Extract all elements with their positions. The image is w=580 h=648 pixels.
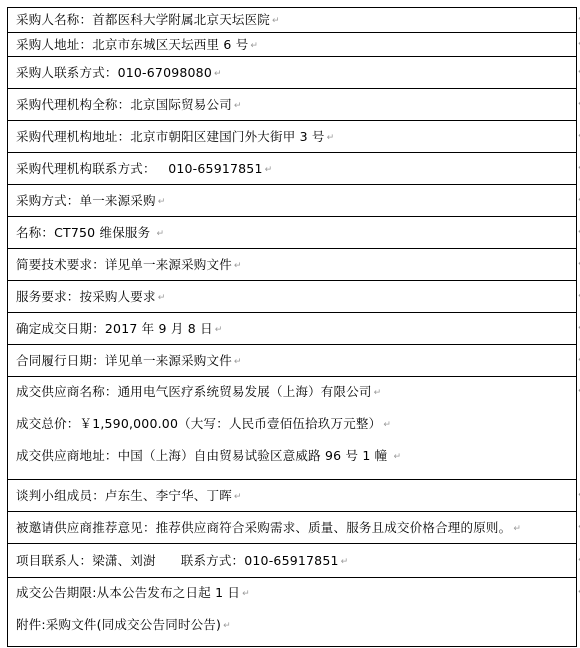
- row-text: 谈判小组成员：卢东生、李宁华、丁晖↵: [16, 488, 242, 505]
- row-text-content: 采购方式：单一来源采购: [16, 193, 156, 208]
- row-text: 成交供应商地址：中国（上海）自由贸易试验区意威路 96 号 1 幢 ↵: [16, 448, 401, 465]
- paragraph-mark-icon: ↵: [158, 197, 166, 207]
- row-text: 成交总价：￥1,590,000.00（大写：人民币壹佰伍拾玖万元整）↵: [16, 416, 391, 433]
- paragraph-mark-icon: ↵: [234, 261, 242, 271]
- row-text: 成交供应商名称：通用电气医疗系统贸易发展（上海）有限公司↵: [16, 384, 381, 401]
- table-row: 采购人地址：北京市东城区天坛西里 6 号↵↵: [8, 33, 576, 57]
- paragraph-mark-icon: ↵: [214, 69, 222, 79]
- row-text-content: 成交供应商名称：通用电气医疗系统贸易发展（上海）有限公司: [16, 384, 372, 399]
- table-row: 合同履行日期：详见单一来源采购文件↵↵: [8, 345, 576, 377]
- row-text-content: 采购人地址：北京市东城区天坛西里 6 号: [16, 37, 248, 52]
- row-text-content: 成交供应商地址：中国（上海）自由贸易试验区意威路 96 号 1 幢: [16, 448, 392, 463]
- row-text-content: 被邀请供应商推荐意见：推荐供应商符合采购需求、质量、服务且成交价格合理的原则。: [16, 520, 511, 535]
- paragraph-mark-icon: ↵: [513, 524, 521, 534]
- row-text-content: 服务要求：按采购人要求: [16, 289, 156, 304]
- row-text: 合同履行日期：详见单一来源采购文件↵: [16, 353, 242, 370]
- table-row: 采购人名称：首都医科大学附属北京天坛医院↵↵: [8, 8, 576, 33]
- table-row: 项目联系人：梁潇、刘澍 联系方式：010-65917851↵↵: [8, 544, 576, 578]
- row-text: 确定成交日期：2017 年 9 月 8 日↵: [16, 321, 223, 338]
- row-text-content: 确定成交日期：2017 年 9 月 8 日: [16, 321, 213, 336]
- paragraph-mark-icon: ↵: [383, 420, 391, 430]
- row-text-content: 采购代理机构地址：北京市朝阳区建国门外大街甲 3 号: [16, 129, 325, 144]
- row-text-content: 附件:采购文件(同成交公告同时公告): [16, 617, 221, 632]
- row-text-content: 成交总价：￥1,590,000.00（大写：人民币壹佰伍拾玖万元整）: [16, 416, 381, 431]
- row-text: 简要技术要求：详见单一来源采购文件↵: [16, 257, 242, 274]
- table-row: 成交公告期限:从本公告发布之日起 1 日↵附件:采购文件(同成交公告同时公告)↵…: [8, 578, 576, 646]
- table-row: 名称：CT750 维保服务 ↵↵: [8, 217, 576, 249]
- paragraph-mark-icon: ↵: [242, 589, 250, 599]
- row-text: 采购代理机构联系方式： 010-65917851↵: [16, 161, 272, 178]
- paragraph-mark-icon: ↵: [234, 357, 242, 367]
- table-row: 简要技术要求：详见单一来源采购文件↵↵: [8, 249, 576, 281]
- paragraph-mark-icon: ↵: [272, 16, 280, 26]
- table-row: 采购代理机构联系方式： 010-65917851↵↵: [8, 153, 576, 185]
- row-text: 采购人名称：首都医科大学附属北京天坛医院↵: [16, 12, 280, 29]
- paragraph-mark-icon: ↵: [234, 492, 242, 502]
- table-row: 采购方式：单一来源采购↵↵: [8, 185, 576, 217]
- paragraph-mark-icon: ↵: [374, 388, 382, 398]
- paragraph-mark-icon: ↵: [341, 557, 349, 567]
- paragraph-mark-icon: ↵: [215, 325, 223, 335]
- table-row: 采购代理机构全称：北京国际贸易公司↵↵: [8, 89, 576, 121]
- row-text: 采购代理机构地址：北京市朝阳区建国门外大街甲 3 号↵: [16, 129, 334, 146]
- row-text: 采购人地址：北京市东城区天坛西里 6 号↵: [16, 37, 258, 54]
- table-row: 采购人联系方式：010-67098080↵↵: [8, 57, 576, 89]
- table-row: 采购代理机构地址：北京市朝阳区建国门外大街甲 3 号↵↵: [8, 121, 576, 153]
- paragraph-mark-icon: ↵: [327, 133, 335, 143]
- row-text: 服务要求：按采购人要求↵: [16, 289, 165, 306]
- row-text-content: 采购人名称：首都医科大学附属北京天坛医院: [16, 12, 270, 27]
- row-text-content: 合同履行日期：详见单一来源采购文件: [16, 353, 232, 368]
- paragraph-mark-icon: ↵: [223, 621, 231, 631]
- row-text: 被邀请供应商推荐意见：推荐供应商符合采购需求、质量、服务且成交价格合理的原则。↵: [16, 520, 521, 537]
- row-text: 采购代理机构全称：北京国际贸易公司↵: [16, 97, 242, 114]
- table-row: 服务要求：按采购人要求↵↵: [8, 281, 576, 313]
- row-text-content: 简要技术要求：详见单一来源采购文件: [16, 257, 232, 272]
- row-text-content: 采购人联系方式：010-67098080: [16, 65, 212, 80]
- row-text: 附件:采购文件(同成交公告同时公告)↵: [16, 617, 231, 634]
- row-text: 名称：CT750 维保服务 ↵: [16, 225, 164, 242]
- paragraph-mark-icon: ↵: [265, 165, 273, 175]
- table-row: 确定成交日期：2017 年 9 月 8 日↵↵: [8, 313, 576, 345]
- paragraph-mark-icon: ↵: [156, 229, 164, 239]
- paragraph-mark-icon: ↵: [394, 452, 402, 462]
- table-row: 成交供应商名称：通用电气医疗系统贸易发展（上海）有限公司↵成交总价：￥1,590…: [8, 377, 576, 480]
- paragraph-mark-icon: ↵: [250, 41, 258, 51]
- paragraph-mark-icon: ↵: [234, 101, 242, 111]
- row-text: 采购方式：单一来源采购↵: [16, 193, 165, 210]
- row-text-content: 采购代理机构全称：北京国际贸易公司: [16, 97, 232, 112]
- row-text-content: 成交公告期限:从本公告发布之日起 1 日: [16, 585, 240, 600]
- row-text-content: 项目联系人：梁潇、刘澍 联系方式：010-65917851: [16, 553, 339, 568]
- table-row: 被邀请供应商推荐意见：推荐供应商符合采购需求、质量、服务且成交价格合理的原则。↵…: [8, 512, 576, 544]
- row-text-content: 谈判小组成员：卢东生、李宁华、丁晖: [16, 488, 232, 503]
- row-text: 采购人联系方式：010-67098080↵: [16, 65, 222, 82]
- row-text: 成交公告期限:从本公告发布之日起 1 日↵: [16, 585, 250, 602]
- announcement-table: 采购人名称：首都医科大学附属北京天坛医院↵↵采购人地址：北京市东城区天坛西里 6…: [7, 7, 577, 647]
- table-row: 谈判小组成员：卢东生、李宁华、丁晖↵↵: [8, 480, 576, 512]
- paragraph-mark-icon: ↵: [158, 293, 166, 303]
- row-text-content: 名称：CT750 维保服务: [16, 225, 154, 240]
- row-text: 项目联系人：梁潇、刘澍 联系方式：010-65917851↵: [16, 553, 348, 570]
- row-text-content: 采购代理机构联系方式： 010-65917851: [16, 161, 263, 176]
